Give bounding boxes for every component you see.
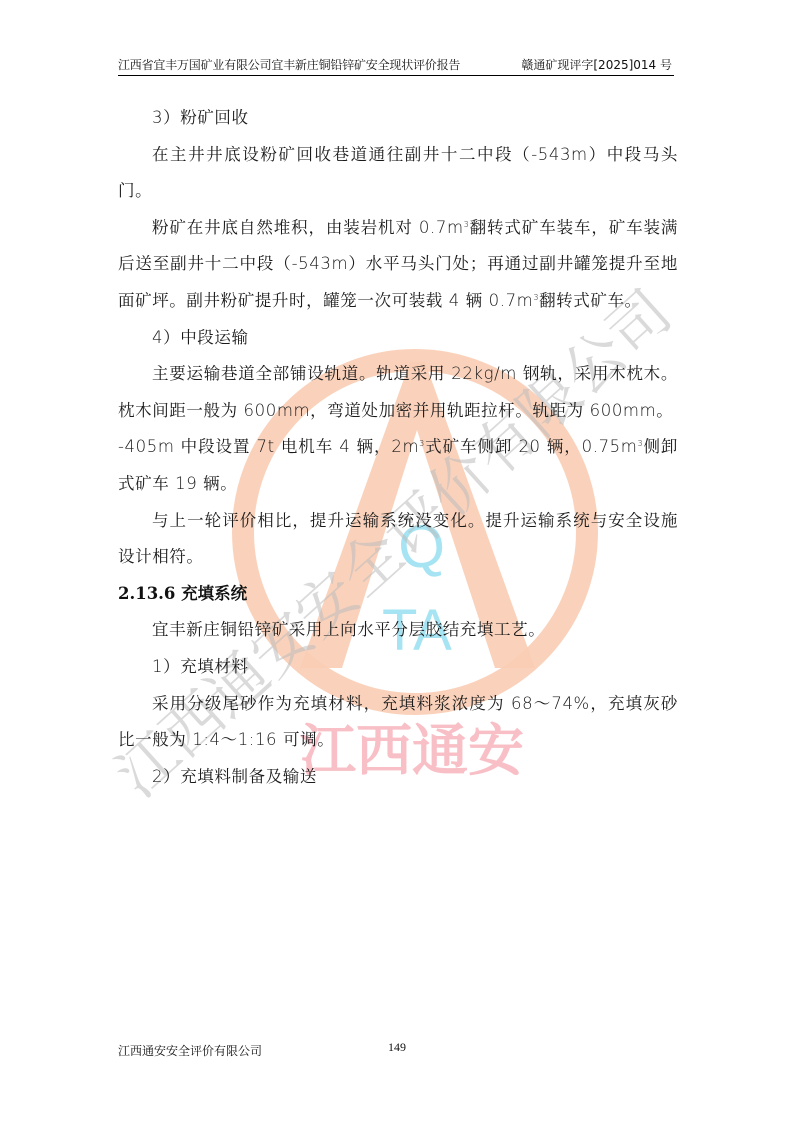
paragraph: 主要运输巷道全部铺设轨道。轨道采用 22kg/m 钢轨，采用木枕木。枕木间距一般…: [118, 356, 678, 429]
page-header: 江西省宜丰万国矿业有限公司宜丰新庄铜铅锌矿安全现状评价报告 赣通矿现评字[202…: [118, 58, 674, 76]
subsection-title-level-transport: 4）中段运输: [118, 320, 678, 357]
paragraph: 在主井井底设粉矿回收巷道通往副井十二中段（-543m）中段马头门。: [118, 137, 678, 210]
section-heading: 2.13.6 充填系统: [118, 576, 678, 613]
subsection-title-powder-ore: 3）粉矿回收: [118, 100, 678, 137]
subsection-title-fill-material: 1）充填材料: [118, 649, 678, 686]
document-body: 3）粉矿回收 在主井井底设粉矿回收巷道通往副井十二中段（-543m）中段马头门。…: [118, 100, 678, 795]
page-number: 149: [388, 1040, 406, 1055]
paragraph: 宜丰新庄铜铅锌矿采用上向水平分层胶结充填工艺。: [118, 612, 678, 649]
paragraph: 与上一轮评价相比，提升运输系统没变化。提升运输系统与安全设施设计相符。: [118, 503, 678, 576]
paragraph: 采用分级尾砂作为充填材料，充填料浆浓度为 68～74%，充填灰砂比一般为 1:4…: [118, 686, 678, 759]
report-number: 赣通矿现评字[2025]014 号: [521, 58, 672, 72]
report-title: 江西省宜丰万国矿业有限公司宜丰新庄铜铅锌矿安全现状评价报告: [118, 58, 460, 72]
paragraph: -405m 中段设置 7t 电机车 4 辆，2m3式矿车侧卸 20 辆，0.75…: [118, 429, 678, 502]
paragraph: 粉矿在井底自然堆积，由装岩机对 0.7m3翻转式矿车装车，矿车装满后送至副井十二…: [118, 210, 678, 320]
footer-company: 江西通安安全评价有限公司: [118, 1042, 262, 1059]
subsection-title-fill-preparation: 2）充填料制备及输送: [118, 759, 678, 796]
